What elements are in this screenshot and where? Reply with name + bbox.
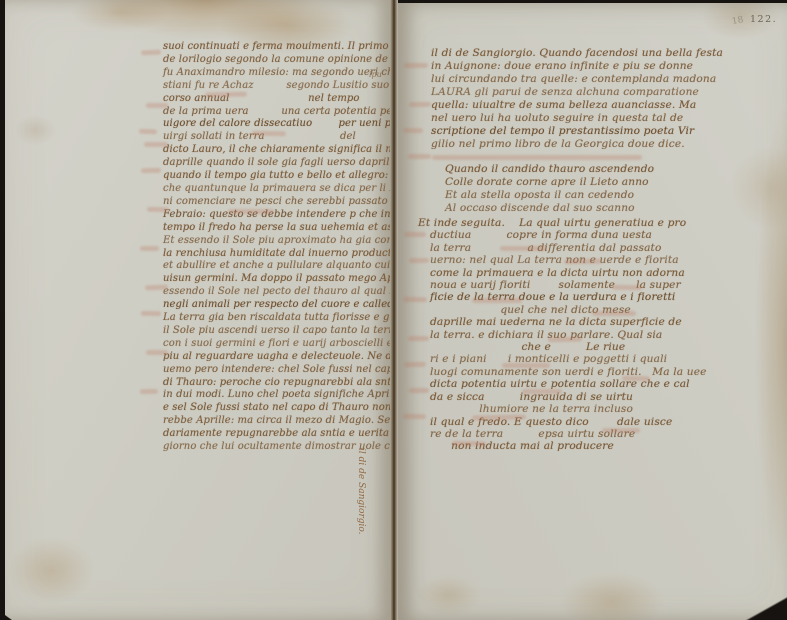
manuscript-text-line: Et inde seguita. La qual uirtu generatiu… xyxy=(418,217,707,229)
right-page: 18 122. il di de Sangiorgio. Quando face… xyxy=(398,3,787,620)
book-gutter xyxy=(390,0,398,620)
manuscript-text-line: lhumiore ne la terra incluso xyxy=(430,403,707,415)
manuscript-text-line: luogi comunamente son uerdi e fioriti. M… xyxy=(430,366,707,378)
photo-corner-shadow xyxy=(737,592,787,620)
manuscript-text-line: noua e uarij fioriti solamente la super xyxy=(430,279,707,291)
right-paragraph-1: il di de Sangiorgio. Quando facendosi un… xyxy=(431,47,723,151)
right-paragraph-2: Et inde seguita. La qual uirtu generatiu… xyxy=(430,217,707,453)
left-page: suoi continuati e ferma mouimenti. Il pr… xyxy=(5,0,390,620)
manuscript-text-line: ductiua copre in forma duna uesta xyxy=(430,229,707,241)
manuscript-text-line: ficie de la terra doue e la uerdura e i … xyxy=(430,291,707,303)
inner-margin-mark: ipu xyxy=(369,70,382,79)
manuscript-text-line: re de la terra epsa uirtu sollare xyxy=(430,428,707,440)
manuscript-text-line: quella: uiualtre de suma belleza auancia… xyxy=(431,99,723,112)
manuscript-text-line: Quando il candido thauro ascendendo xyxy=(445,163,654,176)
manuscript-text-line: Al occaso discende dal suo scanno xyxy=(445,202,654,215)
manuscript-text-line: il di de Sangiorgio. Quando facendosi un… xyxy=(431,47,723,60)
folio-number: 122. xyxy=(750,14,777,25)
manuscript-text-line: quel che nel dicto mese xyxy=(430,304,707,316)
photo-corner-shadow xyxy=(0,610,14,620)
pencil-annotation: 18 xyxy=(731,15,744,27)
manuscript-text-line: come la primauera e la dicta uirtu non a… xyxy=(430,267,707,279)
manuscript-text-line: che e Le riue xyxy=(430,341,707,353)
manuscript-photo: suoi continuati e ferma mouimenti. Il pr… xyxy=(0,0,787,620)
manuscript-text-line: la terra a differentia dal passato xyxy=(430,242,707,254)
manuscript-text-line: dicta potentia uirtu e potentia sollare … xyxy=(430,378,707,390)
manuscript-text-line: da e sicca ingrauida di se uirtu xyxy=(430,391,707,403)
manuscript-text-line: gilio nel primo libro de la Georgica dou… xyxy=(431,138,723,151)
manuscript-text-line: non inducta mai al producere xyxy=(430,440,707,452)
manuscript-text-line: il qual e fredo. E questo dico dale uisc… xyxy=(430,416,707,428)
manuscript-text-line: uerno: nel qual La terra non e uerde e f… xyxy=(430,254,707,266)
manuscript-text-line: Colle dorate corne apre il Lieto anno xyxy=(445,176,654,189)
manuscript-text-line: scriptione del tempo il prestantissimo p… xyxy=(431,125,723,138)
vertical-marginal-note: il di de Sangiorgio. xyxy=(356,448,366,535)
manuscript-text-line: lui circundando tra quelle: e contemplan… xyxy=(431,73,723,86)
manuscript-text-line: in Auignone: doue erano infinite e piu s… xyxy=(431,60,723,73)
right-verse-quotation: Quando il candido thauro ascendendoColle… xyxy=(445,163,654,215)
manuscript-text-line: Et ala stella oposta il can cedendo xyxy=(445,189,654,202)
manuscript-text-line: LAURA gli parui de senza alchuna compara… xyxy=(431,86,723,99)
manuscript-text-line: nel uero lui ha uoluto seguire in questa… xyxy=(431,112,723,125)
manuscript-text-line: ri e i piani i monticelli e poggetti i q… xyxy=(430,353,707,365)
manuscript-text-line: la terra. e dichiara il suo parlare. Qua… xyxy=(430,329,707,341)
manuscript-text-line: daprille mai uederna ne la dicta superfi… xyxy=(430,316,707,328)
